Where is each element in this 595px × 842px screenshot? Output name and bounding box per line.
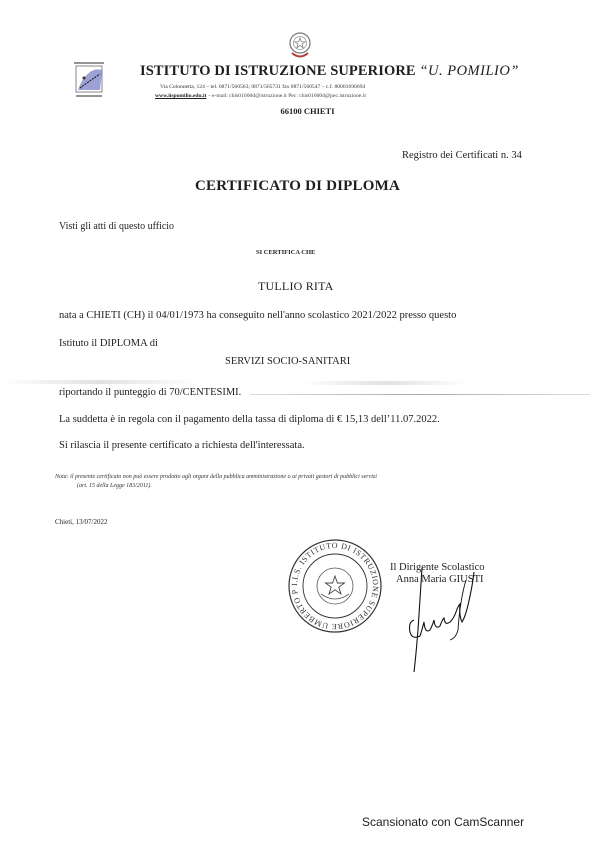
institute-stamp-icon: I.I.S. ISTITUTO DI ISTRUZIONE SUPERIORE …	[287, 538, 383, 634]
institute-address: Via Colonnetta, 124 – tel. 0871/560563; …	[160, 84, 365, 90]
student-name: TULLIO RITA	[258, 279, 334, 294]
birth-line: nata a CHIETI (CH) il 04/01/1973 ha cons…	[59, 310, 456, 321]
institute-contacts: www.iispomilio.edu.it – e-mail: chis0160…	[155, 93, 366, 99]
scan-smudge	[300, 381, 470, 385]
registry-number: Registro dei Certificati n. 34	[402, 150, 522, 161]
school-logo-icon	[72, 60, 106, 100]
italian-republic-emblem-icon	[286, 30, 314, 62]
institute-city: 66100 CHIETI	[0, 106, 595, 116]
certifies-heading: SI CERTIFICA CHE	[256, 249, 315, 256]
institute-name: ISTITUTO DI ISTRUZIONE SUPERIORE “U. POM…	[140, 63, 519, 80]
camscanner-watermark: Scansionato con CamScanner	[362, 815, 524, 829]
legal-note-reference: (art. 15 della Legge 183/2011).	[77, 483, 152, 489]
website-link[interactable]: www.iispomilio.edu.it	[155, 93, 206, 99]
issue-line: Si rilascia il presente certificato a ri…	[59, 440, 305, 451]
institute-name-quoted: “U. POMILIO”	[419, 63, 518, 79]
scan-line	[250, 394, 590, 395]
email-pec: – e-mail: chis01600d@istruzione.it Pec: …	[206, 93, 365, 99]
handwritten-signature-icon	[400, 560, 490, 675]
place-date: Chieti, 13/07/2022	[55, 518, 108, 526]
scan-smudge	[0, 380, 200, 384]
institute-name-prefix: ISTITUTO DI ISTRUZIONE SUPERIORE	[140, 63, 419, 79]
legal-note: Nota: il presente certificato non può es…	[55, 474, 377, 480]
intro-text: Visti gli atti di questo ufficio	[59, 221, 174, 232]
score-line: riportando il punteggio di 70/CENTESIMI.	[59, 387, 241, 398]
fee-line: La suddetta è in regola con il pagamento…	[59, 414, 440, 425]
course-name: SERVIZI SOCIO-SANITARI	[225, 356, 350, 367]
certificate-title: CERTIFICATO DI DIPLOMA	[0, 178, 595, 195]
diploma-line: Istituto il DIPLOMA di	[59, 338, 158, 349]
